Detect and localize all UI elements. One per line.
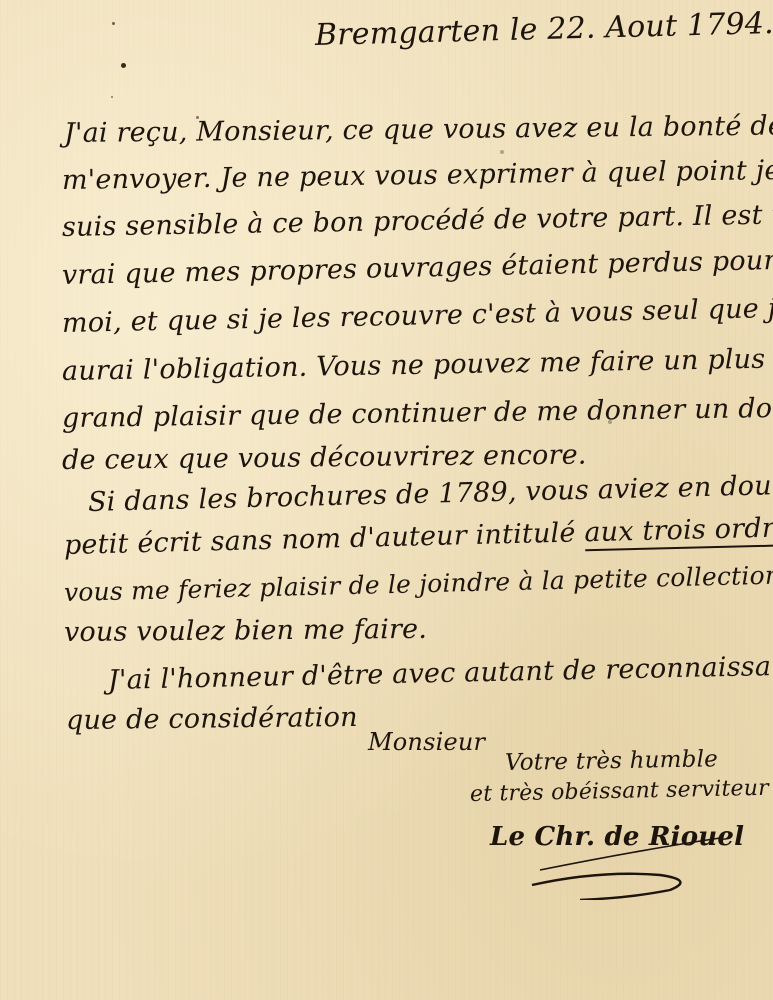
closing-line: Votre très humble (505, 746, 718, 776)
body-line: m'envoyer. Je ne peux vous exprimer à qu… (62, 155, 773, 196)
underlined-title: aux trois ordres (584, 512, 773, 551)
signature-flourish (520, 830, 730, 900)
body-line: grand plaisir que de continuer de me don… (62, 392, 773, 434)
body-line: J'ai reçu, Monsieur, ce que vous avez eu… (64, 110, 773, 149)
paper-speck (111, 96, 113, 98)
body-line: suis sensible à ce bon procédé de votre … (62, 199, 773, 243)
body-line: J'ai l'honneur d'être avec autant de rec… (108, 650, 773, 696)
salutation: Monsieur (368, 728, 485, 756)
body-line: vous voulez bien me faire. (64, 614, 427, 648)
dateline: Bremgarten le 22. Aout 1794. (315, 6, 773, 53)
closing-line: et très obéissant serviteur (470, 776, 769, 807)
body-line-text: petit écrit sans nom d'auteur intitulé (64, 518, 576, 561)
body-line: vous me feriez plaisir de le joindre à l… (64, 559, 773, 607)
body-line: petit écrit sans nom d'auteur intitulé a… (64, 512, 773, 561)
body-line: que de considération (66, 702, 358, 736)
body-line: Si dans les brochures de 1789, vous avie… (88, 468, 773, 518)
paper-speck (112, 22, 115, 25)
paper-speck (121, 63, 126, 68)
body-line: de ceux que vous découvrirez encore. (62, 440, 587, 476)
paper-speck (500, 150, 504, 154)
body-line: moi, et que si je les recouvre c'est à v… (62, 292, 773, 339)
body-line: vrai que mes propres ouvrages étaient pe… (62, 245, 773, 291)
letter-page: Bremgarten le 22. Aout 1794. J'ai reçu, … (0, 0, 773, 1000)
body-line: aurai l'obligation. Vous ne pouvez me fa… (62, 344, 766, 387)
